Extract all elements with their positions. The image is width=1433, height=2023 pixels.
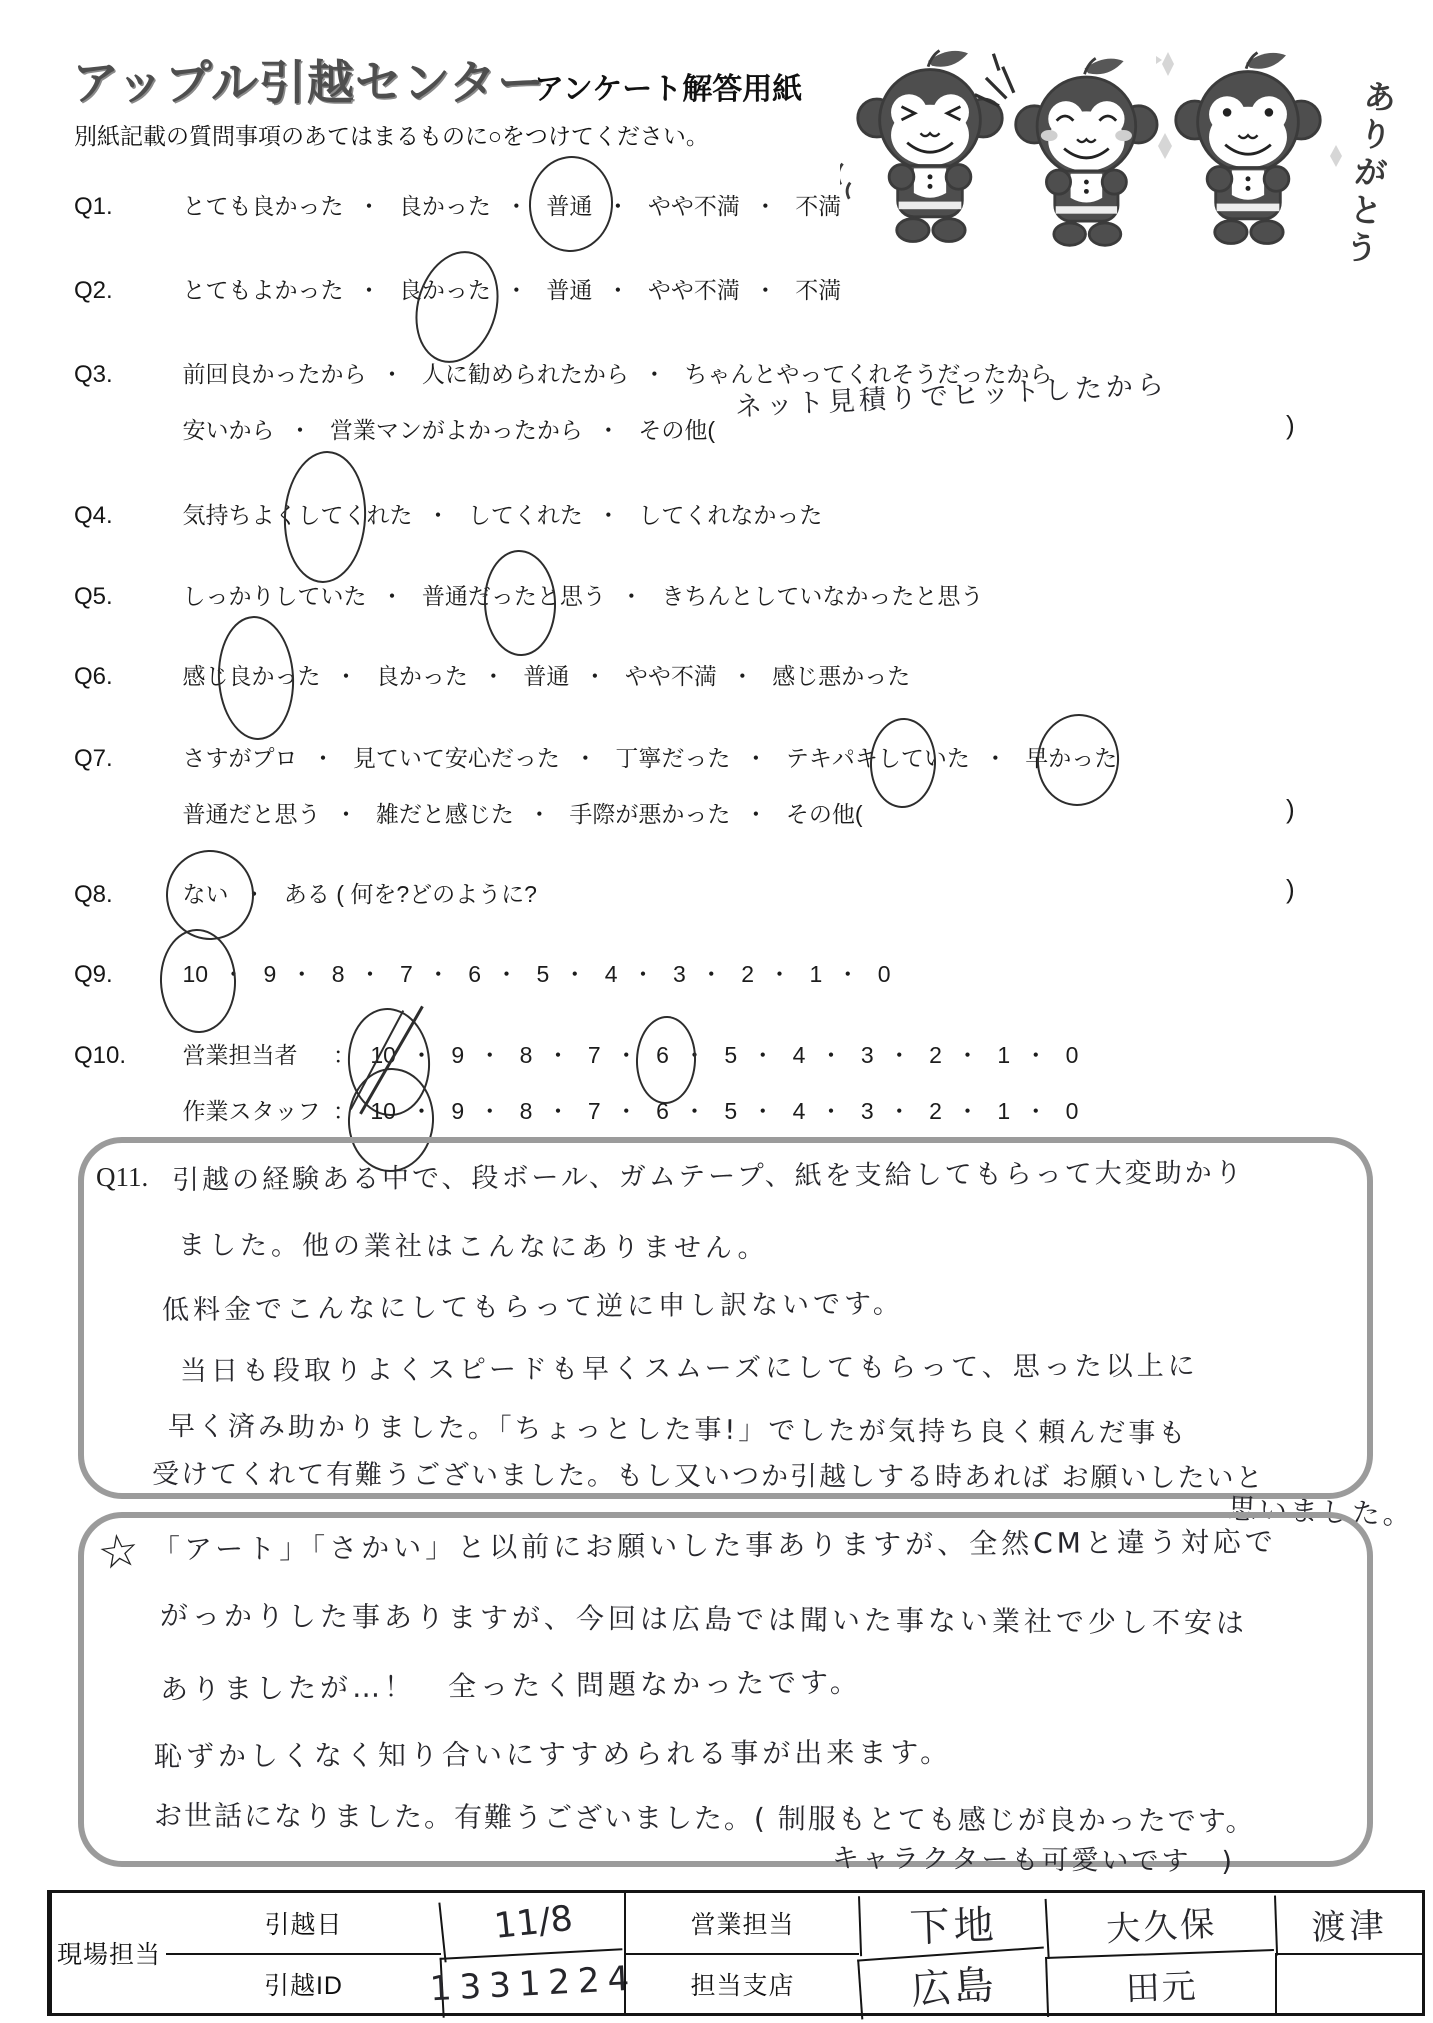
separator: ・ [583,658,606,691]
q11-handwriting-line: 当日も段取りよくスピードも早くスムーズにしてもらって、思った以上に [180,1344,1199,1388]
separator: ・ [956,1093,979,1126]
answer-circle [403,241,511,373]
option: 気持ちよくしてくれた [182,497,412,530]
option: やや不満 [648,272,740,305]
option: 早かった [1025,740,1117,773]
option: やや不満 [625,658,717,691]
option: 丁寧だった [615,740,730,773]
colon: ： [333,1093,356,1126]
option: きちんとしていなかったと思う [661,578,983,611]
separator: ・ [357,272,380,305]
separator: ・ [478,1037,501,1070]
score: 7 [588,1042,601,1069]
q11-handwriting-line: 早く済み助かりました。「ちょっとした事!」でしたが気持ち良く頼んだ事も [168,1404,1189,1450]
question-q7-line1: Q7. さすがプロ・ 見ていて安心だった・ 丁寧だった・ テキパキしていた ・ … [74,740,1117,773]
score: 5 [537,961,550,988]
separator: ・ [615,1093,638,1126]
separator: ・ [334,796,357,829]
separator: ・ [574,740,597,773]
separator: ・ [546,1037,569,1070]
separator: ・ [288,412,311,445]
separator: ・ [1024,1093,1047,1126]
q11-handwriting-line: 受けてくれて有難うございました。もし又いつか引越しする時あれば お願いしたいと [152,1452,1265,1495]
separator: ・ [744,740,767,773]
question-label: Q9. [74,961,178,989]
branch-value: 広島 [857,1947,1048,2020]
colon: ： [333,1037,356,1070]
option: 感じ悪かった [772,658,910,691]
rating-target-label: 作業スタッフ [182,1093,328,1126]
survey-sheet: アップル引越センター アンケート解答用紙 別紙記載の質問事項のあてはまるものに○… [0,0,1433,2023]
question-label: Q5. [74,583,178,611]
monkey-mascots-illustration [840,36,1345,254]
separator: ・ [597,497,620,530]
score: 8 [520,1098,533,1125]
instruction-text: 別紙記載の質問事項のあてはまるものに○をつけてください。 [74,118,709,151]
site-crew-value-3: 田元 [1045,1949,1276,2017]
branch-label: 担当支店 [624,1953,859,2013]
score: 7 [400,961,413,988]
separator: ・ [242,876,265,909]
separator: ・ [606,188,629,221]
move-id-value: 1331224 [440,1948,626,2017]
score: 0 [878,961,891,988]
monkey-mascot-3 [1176,53,1320,244]
q11-handwriting-line: 引越の経験ある中で、段ボール、ガムテープ、紙を支給してもらって大変助かり [172,1151,1245,1197]
option: その他( [638,412,715,445]
score: 8 [332,961,345,988]
separator: ・ [751,1037,774,1070]
separator: ・ [754,272,777,305]
score: 4 [605,961,618,988]
score: 0 [1066,1098,1079,1125]
star-handwriting-line: 恥ずかしくなく知り合いにすすめられる事が出来ます。 [154,1731,952,1775]
separator: ・ [410,1093,433,1126]
option: テキパキしていた [786,740,970,773]
question-label: Q1. [74,193,178,221]
score: 4 [793,1042,806,1069]
question-q4: Q4. 気持ちよくしてくれた ・ してくれた・ してくれなかった [74,497,822,530]
score: 4 [793,1098,806,1125]
separator: ・ [836,956,859,989]
separator: ・ [427,956,450,989]
option: ない [182,876,228,909]
separator: ・ [495,956,518,989]
monkey-mascot-1 [840,51,1002,242]
question-label: Q10. [74,1042,178,1070]
question-q9: Q9. 10 ・ 9・ 8・ 7・ 6・ 5・ 4・ 3・ 2・ 1・ 0 [74,956,891,989]
site-crew-label: 現場担当 [50,1893,166,2013]
star-handwriting-line: ありましたが…！ 全ったく問題なかったです。 [160,1661,862,1708]
separator: ・ [819,1037,842,1070]
star-handwriting-line: がっかりした事ありますが、今回は広島では聞いた事ない業社で少し不安は [160,1594,1248,1642]
separator: ・ [290,956,313,989]
score: 3 [673,961,686,988]
option: 普通 [546,272,592,305]
star-mark: ☆ [94,1521,142,1580]
score: 5 [724,1098,737,1125]
sales-rep-label: 営業担当 [624,1893,859,1953]
separator: ・ [380,578,403,611]
score: 0 [1066,1042,1079,1069]
separator: ・ [482,658,505,691]
option: 営業マンがよかったから [330,412,583,445]
site-crew-value-1: 大久保 [1045,1887,1277,1959]
question-q5: Q5. しっかりしていた・ 普通だったと思う ・ きちんとしていなかったと思う [74,578,983,611]
question-label-q11: Q11. [96,1162,148,1193]
star-handwriting-line: 「アート」「さかい」と以前にお願いした事ありますが、全然CMと違う対応で [152,1520,1277,1568]
monkey-mascot-2 [975,54,1157,246]
footer-info-table: 引越日 11/8 営業担当 下地 現場担当 大久保 渡津 引越ID 133122… [47,1890,1425,2016]
separator: ・ [380,356,403,389]
close-paren: ) [1286,794,1295,825]
score: 6 [656,1098,669,1125]
thanks-handwriting: ありがとう [1335,77,1404,261]
separator: ・ [819,1093,842,1126]
question-label: Q3. [74,361,178,389]
score: 8 [520,1042,533,1069]
score: 2 [929,1098,942,1125]
separator: ・ [744,796,767,829]
separator: ・ [888,1093,911,1126]
move-id-label: 引越ID [166,1953,441,2013]
separator: ・ [505,272,528,305]
separator: ・ [505,188,528,221]
score: 9 [264,961,277,988]
option: 良かった [399,188,491,221]
option: してくれた [468,497,583,530]
score: 5 [724,1042,737,1069]
question-label: Q6. [74,663,178,691]
option: 安いから [182,412,274,445]
separator: ・ [754,188,777,221]
question-label: Q8. [74,881,178,909]
question-q7-line2: 普通だと思う・ 雑だと感じた・ 手際が悪かった・ その他( ) [74,796,862,829]
question-label: Q7. [74,745,178,773]
score-10: 10 [370,1042,396,1069]
question-label: Q4. [74,502,178,530]
option: 普通 [546,188,592,221]
option: 普通だったと思う [422,578,606,611]
option: 良かった [399,272,491,305]
score: 1 [997,1098,1010,1125]
separator: ・ [222,956,245,989]
separator: ・ [683,1037,706,1070]
option: とても良かった [182,188,343,221]
option: 見ていて安心だった [353,740,560,773]
separator: ・ [410,1037,433,1070]
separator: ・ [357,188,380,221]
score: 3 [861,1098,874,1125]
score-10: 10 [370,1098,396,1125]
score: 9 [451,1098,464,1125]
option: さすがプロ [182,740,297,773]
option: 前回良かったから [182,356,366,389]
separator: ・ [528,796,551,829]
question-label: Q2. [74,277,178,305]
option: ある ( 何を?どのように? [284,876,537,909]
rating-target-label: 営業担当者 [182,1037,328,1070]
separator: ・ [632,956,655,989]
option: 普通 [523,658,569,691]
separator: ・ [984,740,1007,773]
separator: ・ [563,956,586,989]
brand-logo: アップル引越センター [72,46,545,113]
star-handwriting-line: キャラクターも可愛いです ) [832,1836,1235,1879]
separator: ・ [311,740,334,773]
star-handwriting-line: お世話になりました。有難うございました。( 制服もとても感じが良かったです。 [154,1794,1256,1840]
question-q2: Q2. とてもよかった・ 良かった ・ 普通・ やや不満・ 不満 [74,272,841,305]
score-6: 6 [656,1042,669,1069]
separator: ・ [597,412,620,445]
score: 2 [929,1042,942,1069]
move-date-label: 引越日 [166,1893,441,1953]
option: 雑だと感じた [376,796,514,829]
score: 6 [468,961,481,988]
option: とてもよかった [182,272,343,305]
separator: ・ [700,956,723,989]
separator: ・ [888,1037,911,1070]
option: 良かった [376,658,468,691]
separator: ・ [768,956,791,989]
q11-handwriting-line: ました。他の業社はこんなにありません。 [178,1223,769,1265]
separator: ・ [546,1093,569,1126]
score: 9 [451,1042,464,1069]
option: しっかりしていた [182,578,366,611]
score: 2 [741,961,754,988]
option: してくれなかった [638,497,822,530]
separator: ・ [731,658,754,691]
option: 手際が悪かった [569,796,730,829]
question-q1: Q1. とても良かった・ 良かった・ 普通 ・ やや不満・ 不満 [74,188,841,221]
option: 不満 [795,188,841,221]
separator: ・ [643,356,666,389]
separator: ・ [956,1037,979,1070]
question-q10-staff: 作業スタッフ ： 10 ・ 9・ 8・ 7・ 6・ 5・ 4・ 3・ 2・ 1・… [74,1093,1078,1126]
sales-rep-value: 下地 [858,1890,1047,1956]
question-q8: Q8. ない ・ ある ( 何を?どのように? ) [74,876,537,909]
option: 普通だと思う [182,796,320,829]
question-q10-sales: Q10. 営業担当者 ： 10 ・ 9・ 8・ 7・ 6 ・ 5・ 4・ 3・ … [74,1037,1078,1070]
separator: ・ [426,497,449,530]
separator: ・ [478,1093,501,1126]
score: 1 [810,961,823,988]
q11-handwriting-line: 低料金でこんなにしてもらって逆に申し訳ないです。 [162,1282,904,1327]
separator: ・ [751,1093,774,1126]
score: 1 [997,1042,1010,1069]
separator: ・ [606,272,629,305]
separator: ・ [620,578,643,611]
question-q6: Q6. 感じ良かった ・ 良かった・ 普通・ やや不満・ 感じ悪かった [74,658,910,691]
separator: ・ [683,1093,706,1126]
close-paren: ) [1286,874,1295,905]
close-paren: ) [1286,410,1295,441]
separator: ・ [615,1037,638,1070]
score-10: 10 [182,961,208,988]
option: 感じ良かった [182,658,320,691]
separator: ・ [359,956,382,989]
score: 3 [861,1042,874,1069]
option: やや不満 [648,188,740,221]
option: 不満 [795,272,841,305]
form-title: アンケート解答用紙 [534,64,802,108]
separator: ・ [1024,1037,1047,1070]
question-q3-line2: 安いから・ 営業マンがよかったから・ その他( ) [74,412,715,445]
empty-cell [1275,1953,1422,2013]
option: 人に勧められたから [422,356,629,389]
score: 7 [588,1098,601,1125]
option: その他( [786,796,863,829]
separator: ・ [334,658,357,691]
site-crew-value-2: 渡津 [1274,1890,1423,1955]
